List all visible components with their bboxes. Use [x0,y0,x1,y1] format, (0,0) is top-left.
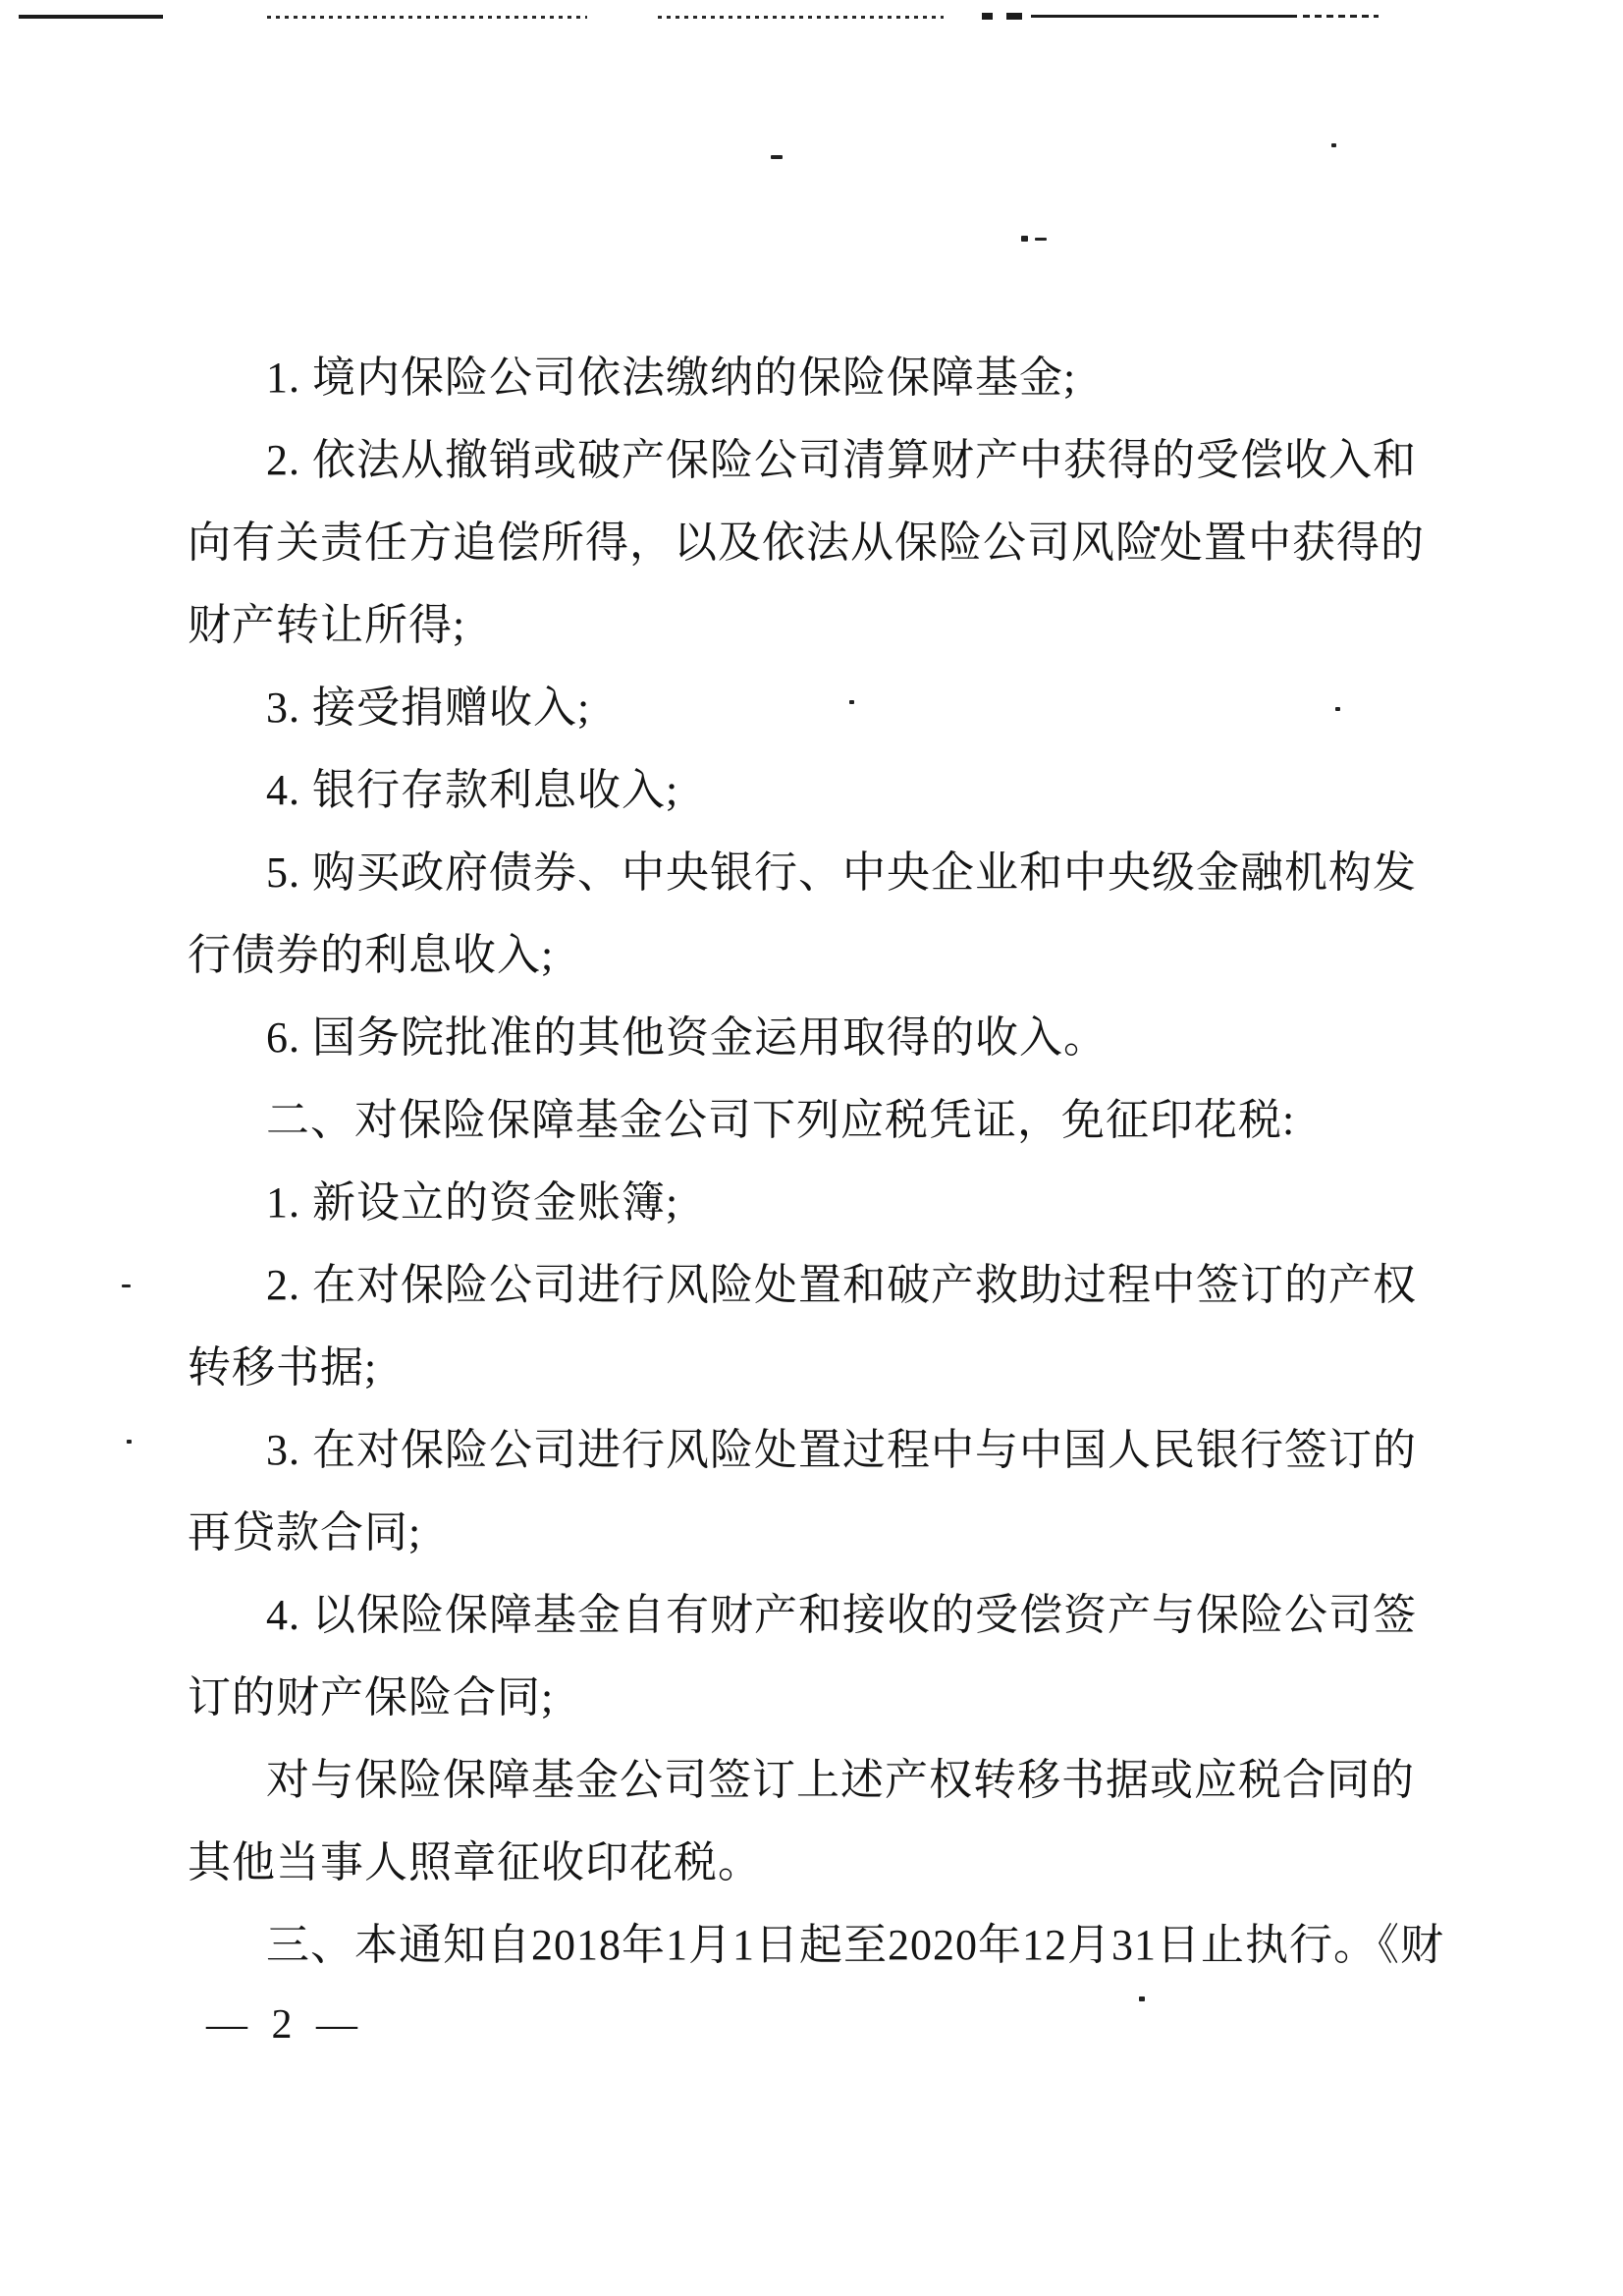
document-line: 向有关责任方追偿所得，以及依法从保险公司风险处置中获得的 [188,502,1444,584]
scan-speck [1035,238,1047,241]
document-line: 订的财产保险合同; [188,1657,1444,1739]
document-line: 2. 在对保险公司进行风险处置和破产救助过程中签订的产权 [188,1244,1444,1327]
scanned-document-page: 1. 境内保险公司依法缴纳的保险保障基金; 2. 依法从撤销或破产保险公司清算财… [0,0,1623,2296]
scan-artifact-segment [658,16,944,19]
scan-artifact-segment [1303,15,1379,18]
document-line: 1. 境内保险公司依法缴纳的保险保障基金; [188,337,1444,419]
document-line: 其他当事人照章征收印花税。 [188,1822,1444,1904]
scan-speck [127,1440,132,1444]
scan-speck [771,155,783,159]
scan-artifact-segment [267,16,587,19]
document-line: 6. 国务院批准的其他资金运用取得的收入。 [188,997,1444,1079]
scan-artifact-segment [1031,15,1297,18]
document-line: 转移书据; [188,1327,1444,1409]
scan-artifact-segment [982,13,993,20]
scan-artifact-segment [1006,13,1022,20]
document-line: 三、本通知自2018年1月1日起至2020年12月31日止执行。《财 [188,1904,1444,1987]
scan-speck [1021,236,1028,242]
document-line: 4. 银行存款利息收入; [188,749,1444,832]
document-line: 财产转让所得; [188,584,1444,667]
document-line: 3. 在对保险公司进行风险处置过程中与中国人民银行签订的 [188,1409,1444,1492]
scan-speck [122,1285,131,1287]
document-text-block: 1. 境内保险公司依法缴纳的保险保障基金; 2. 依法从撤销或破产保险公司清算财… [188,337,1444,1987]
document-line: 5. 购买政府债券、中央银行、中央企业和中央级金融机构发 [188,832,1444,914]
document-line: 2. 依法从撤销或破产保险公司清算财产中获得的受偿收入和 [188,419,1444,502]
document-line: 再贷款合同; [188,1492,1444,1574]
document-line: 二、对保险保障基金公司下列应税凭证，免征印花税: [188,1079,1444,1162]
document-line: 行债券的利息收入; [188,914,1444,997]
document-line: 3. 接受捐赠收入; [188,667,1444,749]
document-line: 对与保险保障基金公司签订上述产权转移书据或应税合同的 [188,1739,1444,1822]
scan-speck [1331,143,1336,147]
page-number: — 2 — [206,1984,364,2066]
document-line: 1. 新设立的资金账簿; [188,1162,1444,1244]
scan-artifact-segment [19,15,163,19]
scan-speck [1139,1996,1145,2001]
document-line: 4. 以保险保障基金自有财产和接收的受偿资产与保险公司签 [188,1574,1444,1657]
